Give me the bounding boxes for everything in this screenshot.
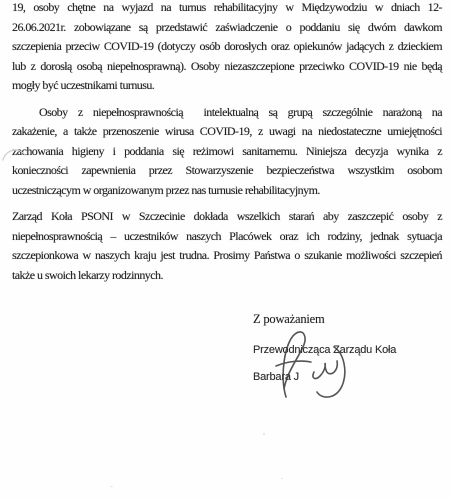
paragraph-board-efforts: Zarząd Koła PSONI w Szczecinie dokłada w…	[12, 207, 442, 285]
text-line: zakażenie, a także przenoszenie wirusa C…	[12, 122, 442, 142]
paragraph-risk-explanation: Osoby z niepełnosprawnością intelektualn…	[12, 103, 442, 201]
text-line: niepełnosprawnością – uczestników naszyc…	[12, 227, 442, 247]
text-line: lub z dorosłą osobą niepełnosprawną). Os…	[12, 57, 442, 77]
scan-noise-speck	[281, 478, 283, 479]
text-line: mogły być uczestnikami turnusu.	[12, 76, 442, 96]
text-line: szczepionkowa w naszych kraju jest trudn…	[12, 246, 442, 266]
scan-arc-mark-icon	[1, 144, 27, 162]
text-line: szczepienia przeciw COVID-19 (dotyczy os…	[12, 37, 442, 57]
scan-noise-speck	[110, 486, 113, 487]
letter-body: 19, osoby chętne na wyjazd na turnus reh…	[12, 0, 442, 292]
text-line: zachowania higieny i poddania się reżimo…	[12, 142, 442, 162]
scanned-letter-page: 19, osoby chętne na wyjazd na turnus reh…	[0, 0, 450, 500]
text-line: 19, osoby chętne na wyjazd na turnus reh…	[12, 0, 442, 18]
scan-noise-speck	[263, 433, 265, 435]
text-line: Zarząd Koła PSONI w Szczecinie dokłada w…	[12, 207, 442, 227]
handwritten-signature-icon	[258, 325, 358, 405]
text-line: także u swoich lekarzy rodzinnych.	[12, 266, 442, 286]
text-line: uczestniczącym w organizowanym przez nas…	[12, 181, 442, 201]
text-line: konieczności zapewnienia przez Stowarzys…	[12, 161, 442, 181]
text-line: 26.06.2021r. zobowiązane są przedstawić …	[12, 18, 442, 38]
paragraph-vaccination-requirement: 19, osoby chętne na wyjazd na turnus reh…	[12, 0, 442, 96]
text-line: Osoby z niepełnosprawnością intelektualn…	[12, 103, 442, 123]
